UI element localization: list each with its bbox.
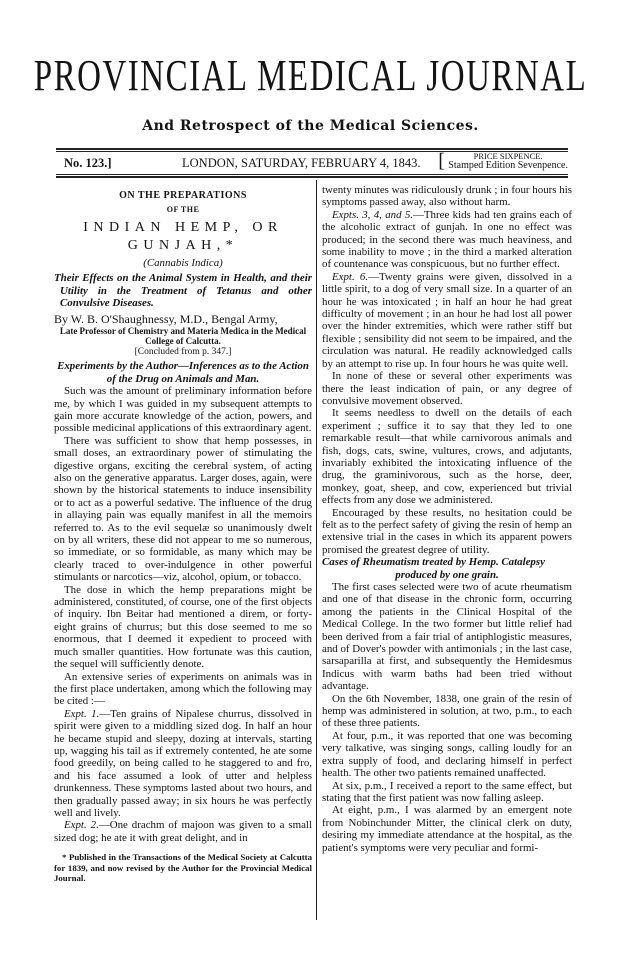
experiment-text: —Ten grains of Nipalese churrus, dissolv… bbox=[54, 708, 312, 819]
masthead-title: PROVINCIAL MEDICAL JOURNAL bbox=[0, 52, 621, 102]
left-column: ON THE PREPARATIONS OF THE INDIAN HEMP, … bbox=[54, 184, 312, 884]
article-heading-1: ON THE PREPARATIONS bbox=[54, 190, 312, 202]
author-affiliation: Late Professor of Chemistry and Materia … bbox=[54, 326, 312, 347]
paragraph: twenty minutes was ridiculously drunk ; … bbox=[322, 184, 572, 209]
experiment-label: Expt. 2. bbox=[64, 819, 99, 831]
issue-dateline: LONDON, SATURDAY, FEBRUARY 4, 1843. bbox=[182, 156, 420, 171]
paragraph: The first cases selected were two of acu… bbox=[322, 581, 572, 693]
paragraph: An extensive series of experiments on an… bbox=[54, 671, 312, 708]
header-rule-bottom bbox=[56, 174, 568, 175]
paragraph: Encouraged by these results, no hesitati… bbox=[322, 507, 572, 557]
article-subtitle: Their Effects on the Animal System in He… bbox=[54, 272, 312, 309]
experiment-label: Expt. 1. bbox=[64, 708, 99, 720]
continuation-note: [Concluded from p. 347.] bbox=[54, 347, 312, 358]
masthead-subtitle: And Retrospect of the Medical Sciences. bbox=[0, 118, 621, 134]
paragraph: It seems needless to dwell on the detail… bbox=[322, 407, 572, 506]
experiment-1: Expt. 1.—Ten grains of Nipalese churrus,… bbox=[54, 708, 312, 820]
price-line2: Stamped Edition Sevenpence. bbox=[448, 161, 568, 171]
experiment-label: Expts. 3, 4, and 5. bbox=[332, 209, 413, 221]
experiment-label: Expt. 6. bbox=[332, 271, 368, 283]
issue-number: No. 123.] bbox=[64, 156, 112, 171]
experiment-2: Expt. 2.—One drachm of majoon was given … bbox=[54, 819, 312, 844]
right-column: twenty minutes was ridiculously drunk ; … bbox=[322, 184, 572, 854]
experiment-text: —Twenty grains were given, dissolved in … bbox=[322, 271, 572, 370]
header-rule-top bbox=[56, 148, 568, 150]
paragraph: There was sufficient to show that hemp p… bbox=[54, 435, 312, 584]
section-heading-rheumatism: Cases of Rheumatism treated by Hemp. Cat… bbox=[322, 556, 572, 568]
paragraph: The dose in which the hemp preparations … bbox=[54, 584, 312, 671]
paragraph: Such was the amount of preliminary infor… bbox=[54, 385, 312, 435]
issue-line: No. 123.] LONDON, SATURDAY, FEBRUARY 4, … bbox=[60, 154, 568, 174]
paragraph: In none of these or several other experi… bbox=[322, 370, 572, 407]
paragraph: At four, p.m., it was reported that one … bbox=[322, 730, 572, 780]
paragraph: On the 6th November, 1838, one grain of … bbox=[322, 693, 572, 730]
footnote: * Published in the Transactions of the M… bbox=[54, 852, 312, 884]
column-divider bbox=[316, 180, 317, 920]
section-heading-experiments: Experiments by the Author—Inferences as … bbox=[54, 360, 312, 385]
paragraph: At eight, p.m., I was alarmed by an emer… bbox=[322, 804, 572, 854]
experiment-6: Expt. 6.—Twenty grains were given, disso… bbox=[322, 271, 572, 370]
price-box: [ PRICE SIXPENCE. Stamped Edition Sevenp… bbox=[440, 151, 568, 171]
article-heading-2: OF THE bbox=[54, 204, 312, 216]
bracket-glyph: [ bbox=[438, 151, 445, 171]
paragraph: At six, p.m., I received a report to the… bbox=[322, 780, 572, 805]
article-byline: By W. B. O'Shaughnessy, M.D., Bengal Arm… bbox=[54, 313, 312, 325]
experiment-3-5: Expts. 3, 4, and 5.—Three kids had ten g… bbox=[322, 209, 572, 271]
article-title: INDIAN HEMP, OR GUNJAH,* bbox=[54, 219, 312, 255]
header-rule-bottom-thick bbox=[56, 176, 568, 178]
article-latin-name: (Cannabis Indica) bbox=[54, 257, 312, 269]
section-heading-rheumatism-line2: produced by one grain. bbox=[322, 569, 572, 581]
